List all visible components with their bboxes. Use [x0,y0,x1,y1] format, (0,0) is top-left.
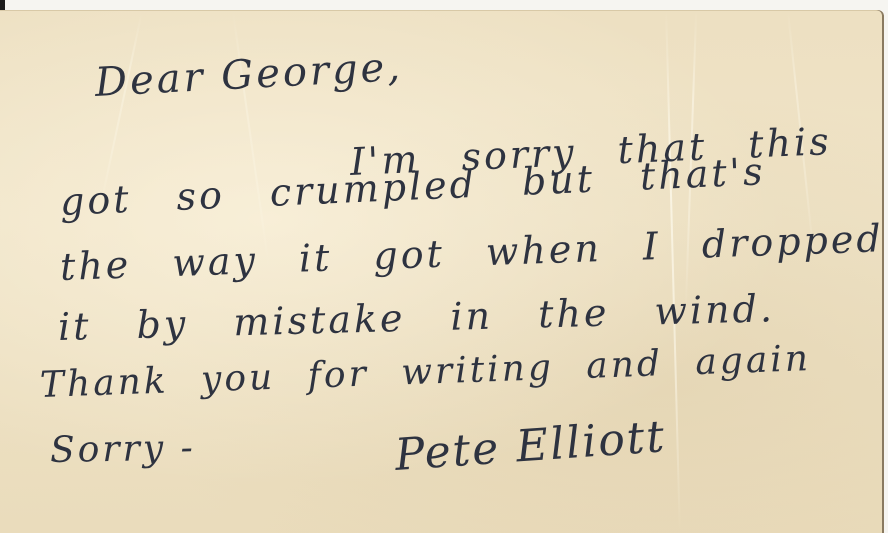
scanned-page: Dear George, I'm sorry that this got so … [0,0,888,533]
postcard: Dear George, I'm sorry that this got so … [0,10,884,533]
closing: Sorry - [50,427,196,471]
body-line: it by mistake in the wind. [57,286,775,349]
body-line: Thank you for writing and again [39,338,811,406]
paper-crease [232,11,270,269]
greeting: Dear George, [94,44,404,106]
body-line: the way it got when I dropped [59,216,884,289]
signature: Pete Elliott [393,411,667,481]
